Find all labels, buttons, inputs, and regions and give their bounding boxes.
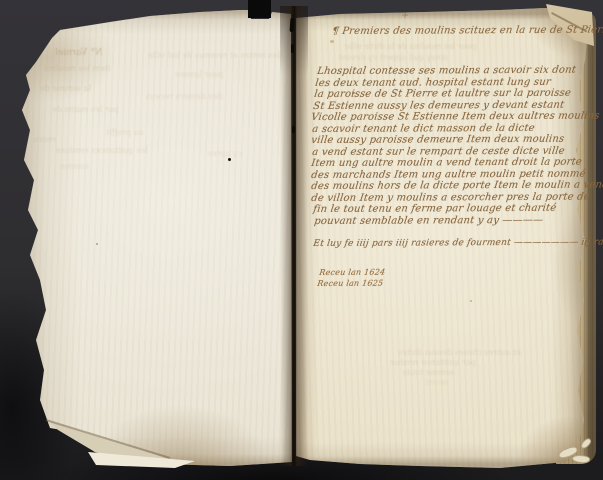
bleedthrough-line: somme bbox=[60, 162, 90, 171]
bleedthrough-line: par les mains de bbox=[52, 105, 120, 114]
bleedthrough-line: la somme de bbox=[40, 84, 92, 93]
left-page-bleedthrough: N° Varnieldes rentes et revenus de lad v… bbox=[0, 0, 603, 480]
bleedthrough-line: des deniers receus bbox=[146, 92, 223, 101]
bleedthrough-line: pour lannee bbox=[175, 70, 225, 79]
bleedthrough-line: item les moulins bbox=[44, 64, 111, 73]
bleedthrough-line: cy apres bbox=[208, 149, 243, 158]
bleedthrough-line: receu bbox=[33, 135, 57, 144]
bleedthrough-line: les quittances rendues bbox=[56, 146, 149, 155]
bleedthrough-line: des rentes et revenus de lad ville bbox=[148, 51, 283, 60]
bleedthrough-line: N° Varniel bbox=[54, 48, 103, 58]
bleedthrough-line: au proffit bbox=[106, 128, 145, 137]
manuscript-scan: + ¶ Premiers des moulins scituez en la r… bbox=[0, 0, 603, 480]
